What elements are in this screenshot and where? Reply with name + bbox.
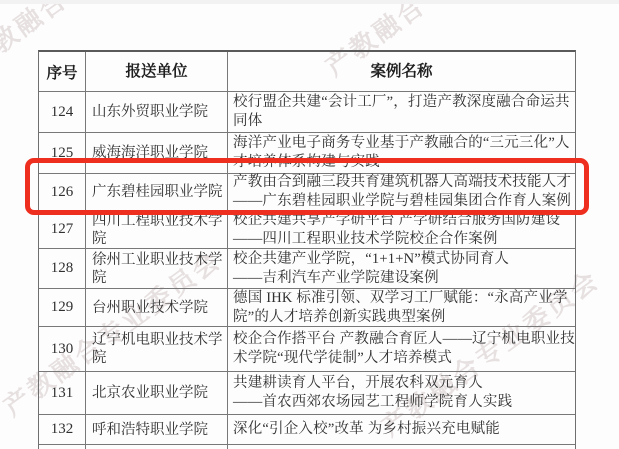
table-row: 129 台州职业技术学院 德国 IHK 标准引领、双学习工厂赋能：“永高产业学 … [39, 289, 575, 327]
case-line: 产教由合到融三段共育建筑机器人高端技术技能人才 [233, 173, 575, 192]
case-line: ——吉利汽车产业学院建设案例 [233, 269, 575, 288]
case-line: ——四川工程职业技术学院校企合作案例 [233, 230, 575, 249]
unit-cell: 威海海洋职业学院 [86, 133, 228, 173]
case-cell: 校企共建产业学院，“1+1+N”模式协同育人 ——吉利汽车产业学院建设案例 [228, 249, 575, 288]
col-header-case: 案例名称 [228, 52, 575, 91]
case-cell: 德国 IHK 标准引领、双学习工厂赋能：“永高产业学 院”的人才培养创新实践典型… [228, 289, 575, 326]
case-line: 海洋产业电子商务专业基于产教融合的“三元三化”人 [233, 134, 575, 153]
serial-cell: 132 [39, 415, 86, 444]
serial-cell: 126 [39, 174, 86, 210]
table-row: 131 北京农业职业学院 共建耕读育人平台，开展农科双元育人 ——首农西郊农场园… [39, 372, 575, 415]
case-line: 术学院“现代学徒制”人才培养模式 [233, 349, 575, 368]
unit-cell: 台州职业技术学院 [86, 289, 228, 326]
table-row-partial [39, 445, 575, 449]
case-cell: 深化“引企入校”改革 为乡村振兴充电赋能 [228, 415, 575, 444]
unit-cell: 山东外贸职业学院 [86, 92, 228, 132]
unit-cell: 广东碧桂园职业学院 [86, 174, 228, 210]
serial-cell: 128 [39, 249, 86, 288]
table-row: 125 威海海洋职业学院 海洋产业电子商务专业基于产教融合的“三元三化”人 才培… [39, 133, 575, 174]
case-line: ——广东碧桂园职业学院与碧桂园集团合作育人案例 [233, 192, 575, 211]
table-row: 130 辽宁机电职业技术学院 校企合作搭平台 产教融合育匠人——辽宁机电职业技 … [39, 327, 575, 372]
case-line: 院”的人才培养创新实践典型案例 [233, 308, 575, 327]
case-line: 校企合作搭平台 产教融合育匠人——辽宁机电职业技 [233, 330, 575, 349]
unit-cell: 徐州工业职业技术学院 [86, 249, 228, 288]
unit-cell: 四川工程职业技术学院 [86, 211, 228, 248]
case-line: 才培养体系构建与实践 [233, 153, 575, 172]
case-line: 德国 IHK 标准引领、双学习工厂赋能：“永高产业学 [233, 289, 575, 308]
case-cell: 校企合作搭平台 产教融合育匠人——辽宁机电职业技 术学院“现代学徒制”人才培养模… [228, 327, 575, 371]
table-row: 128 徐州工业职业技术学院 校企共建产业学院，“1+1+N”模式协同育人 ——… [39, 249, 575, 289]
case-line: 校企共建产业学院，“1+1+N”模式协同育人 [233, 250, 575, 269]
case-line: 同体 [233, 112, 575, 131]
serial-cell: 130 [39, 327, 86, 371]
case-cell: 海洋产业电子商务专业基于产教融合的“三元三化”人 才培养体系构建与实践 [228, 133, 575, 173]
table-row-highlighted: 126 广东碧桂园职业学院 产教由合到融三段共育建筑机器人高端技术技能人才 ——… [39, 174, 575, 211]
serial-cell: 129 [39, 289, 86, 326]
serial-cell: 124 [39, 92, 86, 132]
case-cell: 校企共建共享产学研平台 产学研结合服务国防建设 ——四川工程职业技术学院校企合作… [228, 211, 575, 248]
serial-cell: 131 [39, 372, 86, 414]
case-line: 校企共建共享产学研平台 产学研结合服务国防建设 [233, 211, 575, 230]
page-top-strip [0, 0, 619, 4]
unit-cell: 辽宁机电职业技术学院 [86, 327, 228, 371]
col-header-unit: 报送单位 [86, 52, 228, 91]
unit-cell: 北京农业职业学院 [86, 372, 228, 414]
case-cell: 校行盟企共建“会计工厂”，打造产教深度融合命运共 同体 [228, 92, 575, 132]
serial-cell: 125 [39, 133, 86, 173]
table-row: 127 四川工程职业技术学院 校企共建共享产学研平台 产学研结合服务国防建设 —… [39, 211, 575, 249]
unit-cell: 呼和浩特职业学院 [86, 415, 228, 444]
header-row: 序号 报送单位 案例名称 [39, 52, 575, 92]
case-line: ——首农西郊农场园艺工程师学院育人实践 [233, 393, 575, 412]
col-header-serial: 序号 [39, 52, 86, 91]
document-page: 产教融合专业委员会 产教融合专业委员会 产教融合专业委员会 产教融合专业委员会 … [0, 0, 619, 449]
case-line: 共建耕读育人平台，开展农科双元育人 [233, 374, 575, 393]
serial-cell: 127 [39, 211, 86, 248]
case-cell: 共建耕读育人平台，开展农科双元育人 ——首农西郊农场园艺工程师学院育人实践 [228, 372, 575, 414]
case-line: 深化“引企入校”改革 为乡村振兴充电赋能 [233, 420, 575, 439]
case-line: 校行盟企共建“会计工厂”，打造产教深度融合命运共 [233, 93, 575, 112]
case-table: 序号 报送单位 案例名称 124 山东外贸职业学院 校行盟企共建“会计工厂”，打… [38, 50, 576, 449]
table-row: 132 呼和浩特职业学院 深化“引企入校”改革 为乡村振兴充电赋能 [39, 415, 575, 445]
table-row: 124 山东外贸职业学院 校行盟企共建“会计工厂”，打造产教深度融合命运共 同体 [39, 92, 575, 133]
case-cell: 产教由合到融三段共育建筑机器人高端技术技能人才 ——广东碧桂园职业学院与碧桂园集… [228, 174, 575, 210]
